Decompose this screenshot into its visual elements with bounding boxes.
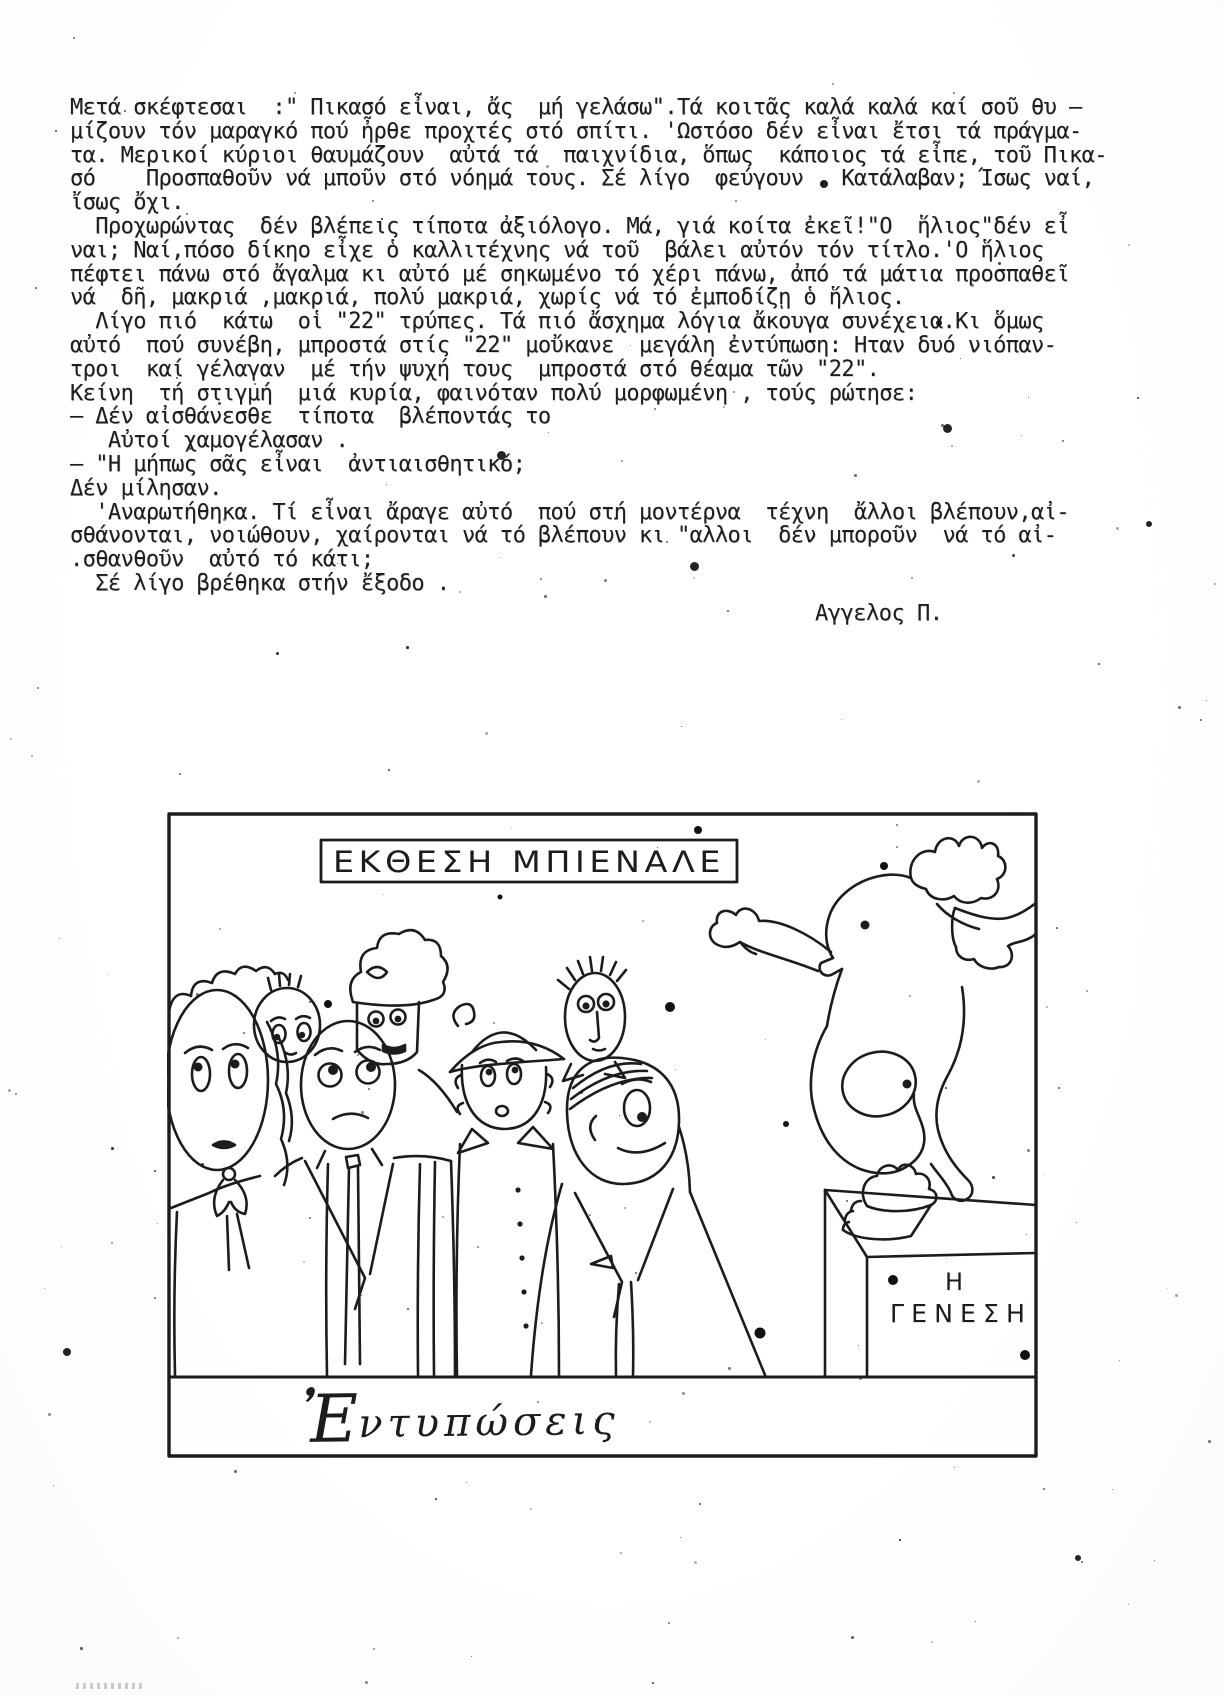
pedestal-label-article: Η (945, 1268, 963, 1296)
caption-rest: ντυπώσεις (358, 1398, 620, 1448)
visitor-combover-man (531, 1058, 765, 1375)
caption-strip: Ἐντυπώσεις (301, 1377, 620, 1458)
crowd-of-visitors (167, 930, 765, 1375)
exhibition-sign: ΕΚΘΕΣΗ ΜΠΙΕΝΑΛΕ (321, 840, 737, 882)
exhibition-sign-label: ΕΚΘΕΣΗ ΜΠΙΕΝΑΛΕ (333, 845, 725, 879)
caption-initial: Ἐ (301, 1380, 358, 1458)
author-signature: Αγγελος Π. (815, 601, 942, 626)
typewritten-text: Μετά σκέφτεσαι :" Πικασό εἶναι, ἄς μή γε… (70, 96, 1170, 596)
scanned-page: Μετά σκέφτεσαι :" Πικασό εἶναι, ἄς μή γε… (0, 0, 1223, 1695)
visitor-curly-man (350, 930, 457, 1375)
cartoon-illustration: ΕΚΘΕΣΗ ΜΠΙΕΝΑΛΕ (167, 812, 1038, 1458)
svg-text:Ἐντυπώσεις: Ἐντυπώσεις (301, 1377, 620, 1458)
scanner-artifact-marks (76, 1683, 146, 1689)
pedestal-label-title: ΓΕΝΕΣΗ (890, 1299, 1032, 1328)
visitor-hat-woman (450, 1004, 564, 1375)
abstract-sculpture (710, 837, 1036, 1240)
sculpture-pedestal: Η ΓΕΝΕΣΗ (825, 1190, 1036, 1375)
cartoon-frame (169, 814, 1036, 1456)
ink-dots (324, 826, 1030, 1360)
visitor-bald-man (275, 1021, 455, 1375)
